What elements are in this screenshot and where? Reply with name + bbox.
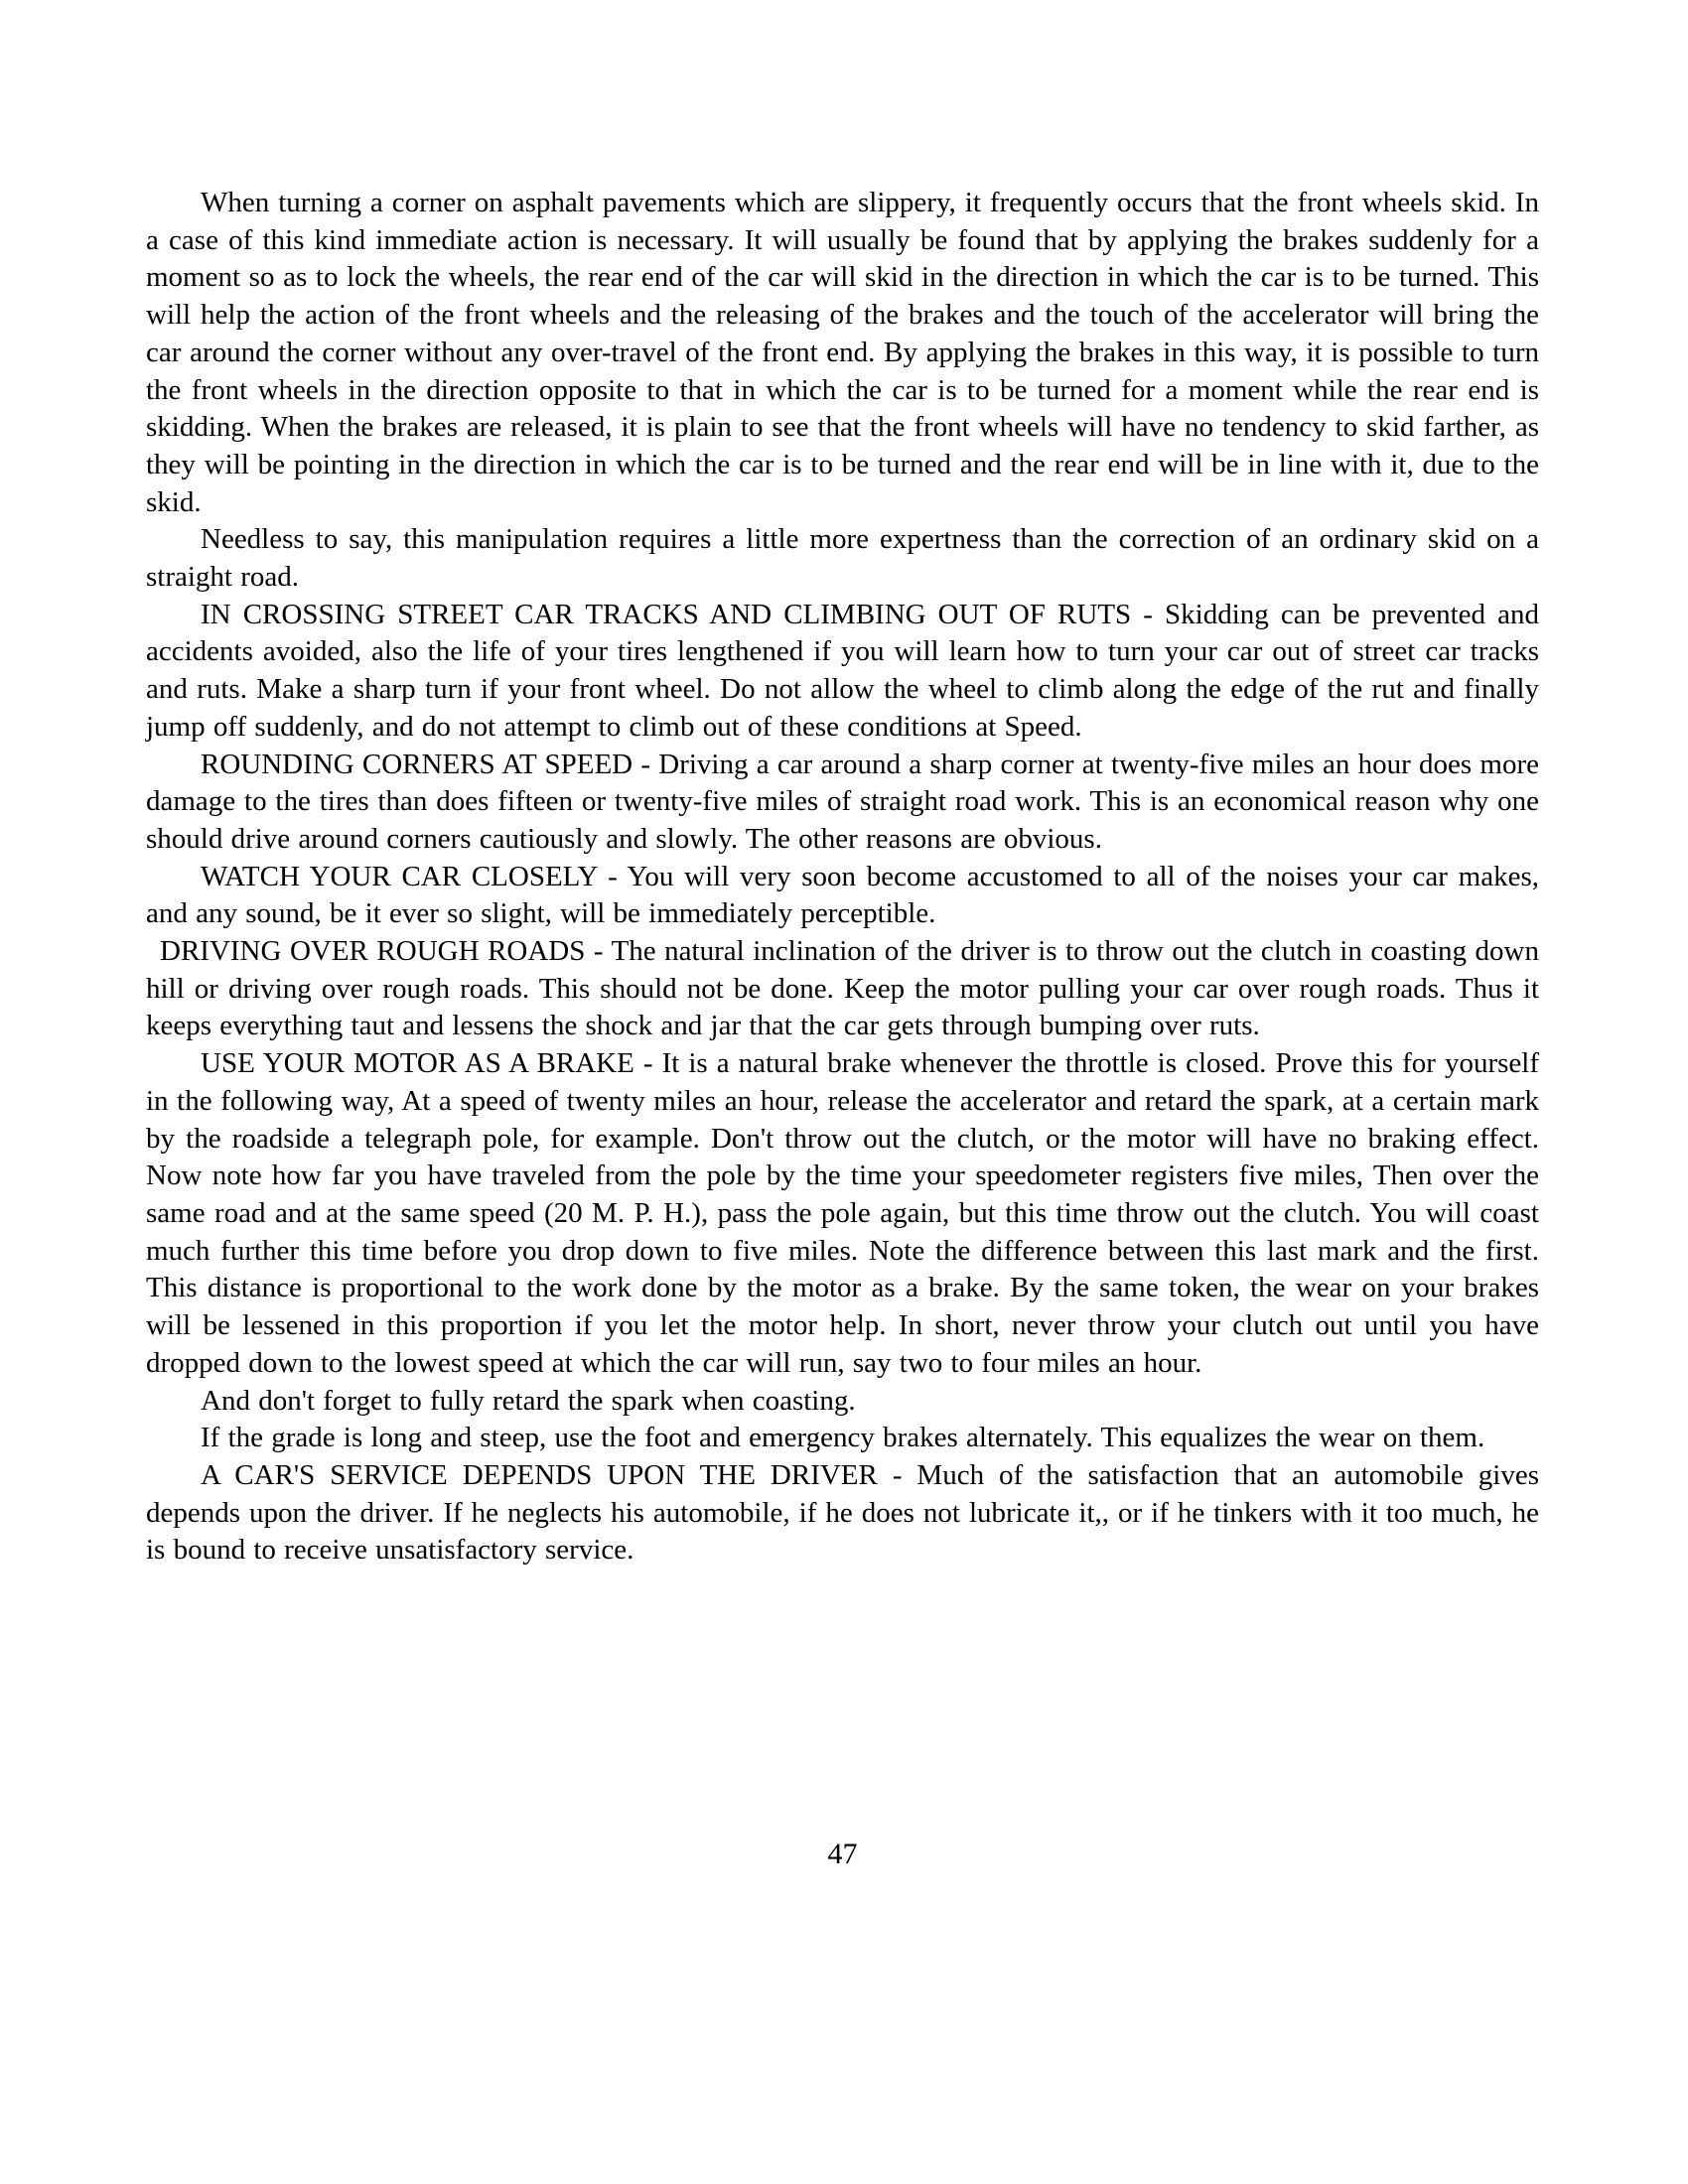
- document-page: When turning a corner on asphalt pavemen…: [0, 0, 1688, 2184]
- paragraph-rounding-corners-at-speed: ROUNDING CORNERS AT SPEED - Driving a ca…: [146, 747, 1539, 859]
- page-number: 47: [146, 1836, 1539, 1873]
- paragraph-watch-your-car-closely: WATCH YOUR CAR CLOSELY - You will very s…: [146, 859, 1539, 933]
- paragraph-turning-corner: When turning a corner on asphalt pavemen…: [146, 185, 1539, 521]
- paragraph-driving-over-rough-roads: DRIVING OVER ROUGH ROADS - The natural i…: [146, 933, 1539, 1045]
- paragraph-cars-service-depends-on-driver: A CAR'S SERVICE DEPENDS UPON THE DRIVER …: [146, 1457, 1539, 1570]
- paragraph-retard-spark: And don't forget to fully retard the spa…: [146, 1383, 1539, 1421]
- paragraph-needless-to-say: Needless to say, this manipulation requi…: [146, 521, 1539, 596]
- paragraph-use-your-motor-as-a-brake: USE YOUR MOTOR AS A BRAKE - It is a natu…: [146, 1045, 1539, 1382]
- paragraph-crossing-street-car-tracks: IN CROSSING STREET CAR TRACKS AND CLIMBI…: [146, 597, 1539, 747]
- paragraph-long-steep-grade: If the grade is long and steep, use the …: [146, 1420, 1539, 1457]
- text-block: When turning a corner on asphalt pavemen…: [146, 185, 1539, 1570]
